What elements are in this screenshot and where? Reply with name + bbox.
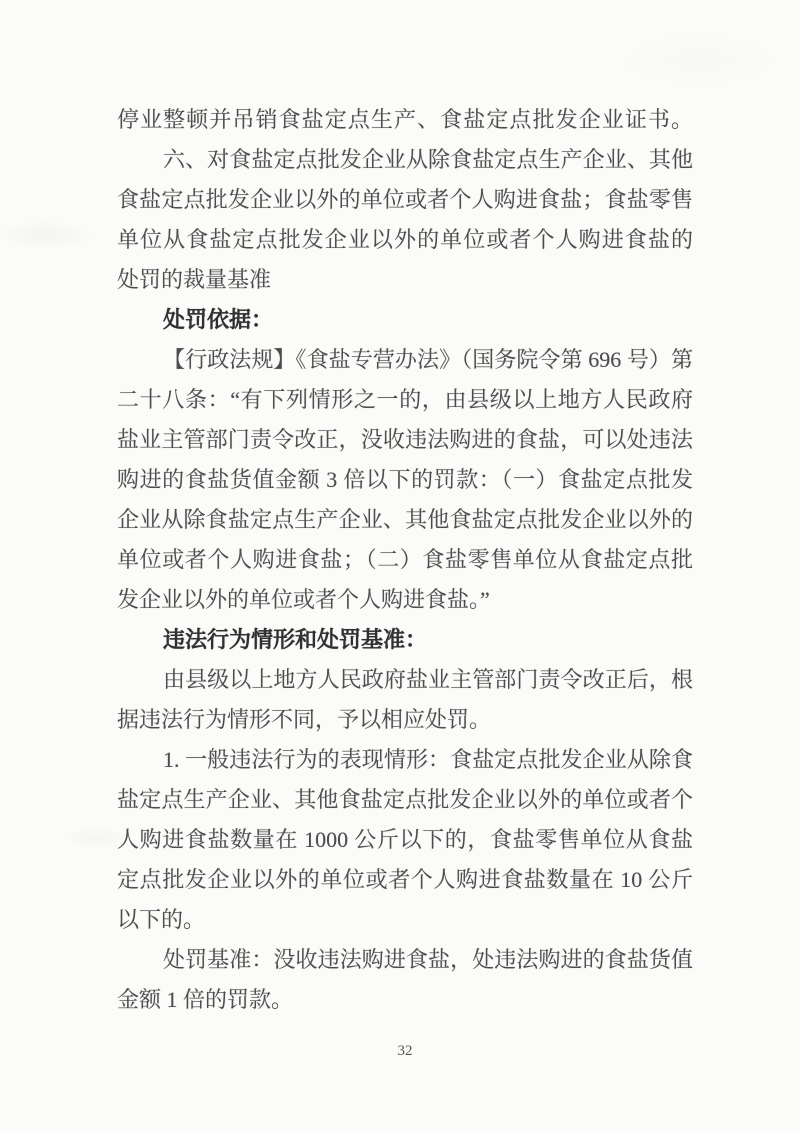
text-line: 由县级以上地方人民政府盐业主管部门责令改正后，根	[117, 660, 693, 700]
text-line: 食盐定点批发企业以外的单位或者个人购进食盐；食盐零售	[117, 180, 693, 220]
text-line: 处罚基准：没收违法购进食盐，处违法购进的食盐货值	[117, 940, 693, 980]
text-line: 【行政法规】《食盐专营办法》（国务院令第 696 号）第	[117, 340, 693, 380]
text-line: 处罚的裁量基准	[117, 260, 693, 300]
page-number: 32	[117, 1040, 693, 1062]
text-line: 企业从除食盐定点生产企业、其他食盐定点批发企业以外的	[117, 500, 693, 540]
text-line: 以下的。	[117, 900, 693, 940]
text-line: 单位或者个人购进食盐；（二）食盐零售单位从食盐定点批	[117, 540, 693, 580]
text-line: 停业整顿并吊销食盐定点生产、食盐定点批发企业证书。	[117, 100, 693, 140]
text-line: 盐业主管部门责令改正，没收违法购进的食盐，可以处违法	[117, 420, 693, 460]
text-line: 定点批发企业以外的单位或者个人购进食盐数量在 10 公斤	[117, 860, 693, 900]
heading-line: 处罚依据：	[117, 300, 693, 340]
text-line: 二十八条：“有下列情形之一的，由县级以上地方人民政府	[117, 380, 693, 420]
scanned-page: 停业整顿并吊销食盐定点生产、食盐定点批发企业证书。六、对食盐定点批发企业从除食盐…	[0, 0, 800, 1131]
document-body: 停业整顿并吊销食盐定点生产、食盐定点批发企业证书。六、对食盐定点批发企业从除食盐…	[117, 100, 693, 1020]
text-line: 单位从食盐定点批发企业以外的单位或者个人购进食盐的	[117, 220, 693, 260]
text-line: 1. 一般违法行为的表现情形：食盐定点批发企业从除食	[117, 740, 693, 780]
text-line: 盐定点生产企业、其他食盐定点批发企业以外的单位或者个	[117, 780, 693, 820]
text-line: 金额 1 倍的罚款。	[117, 980, 693, 1020]
text-line: 据违法行为情形不同，予以相应处罚。	[117, 700, 693, 740]
heading-line: 违法行为情形和处罚基准：	[117, 620, 693, 660]
text-line: 六、对食盐定点批发企业从除食盐定点生产企业、其他	[117, 140, 693, 180]
text-line: 发企业以外的单位或者个人购进食盐。”	[117, 580, 693, 620]
text-line: 人购进食盐数量在 1000 公斤以下的，食盐零售单位从食盐	[117, 820, 693, 860]
text-line: 购进的食盐货值金额 3 倍以下的罚款：（一）食盐定点批发	[117, 460, 693, 500]
